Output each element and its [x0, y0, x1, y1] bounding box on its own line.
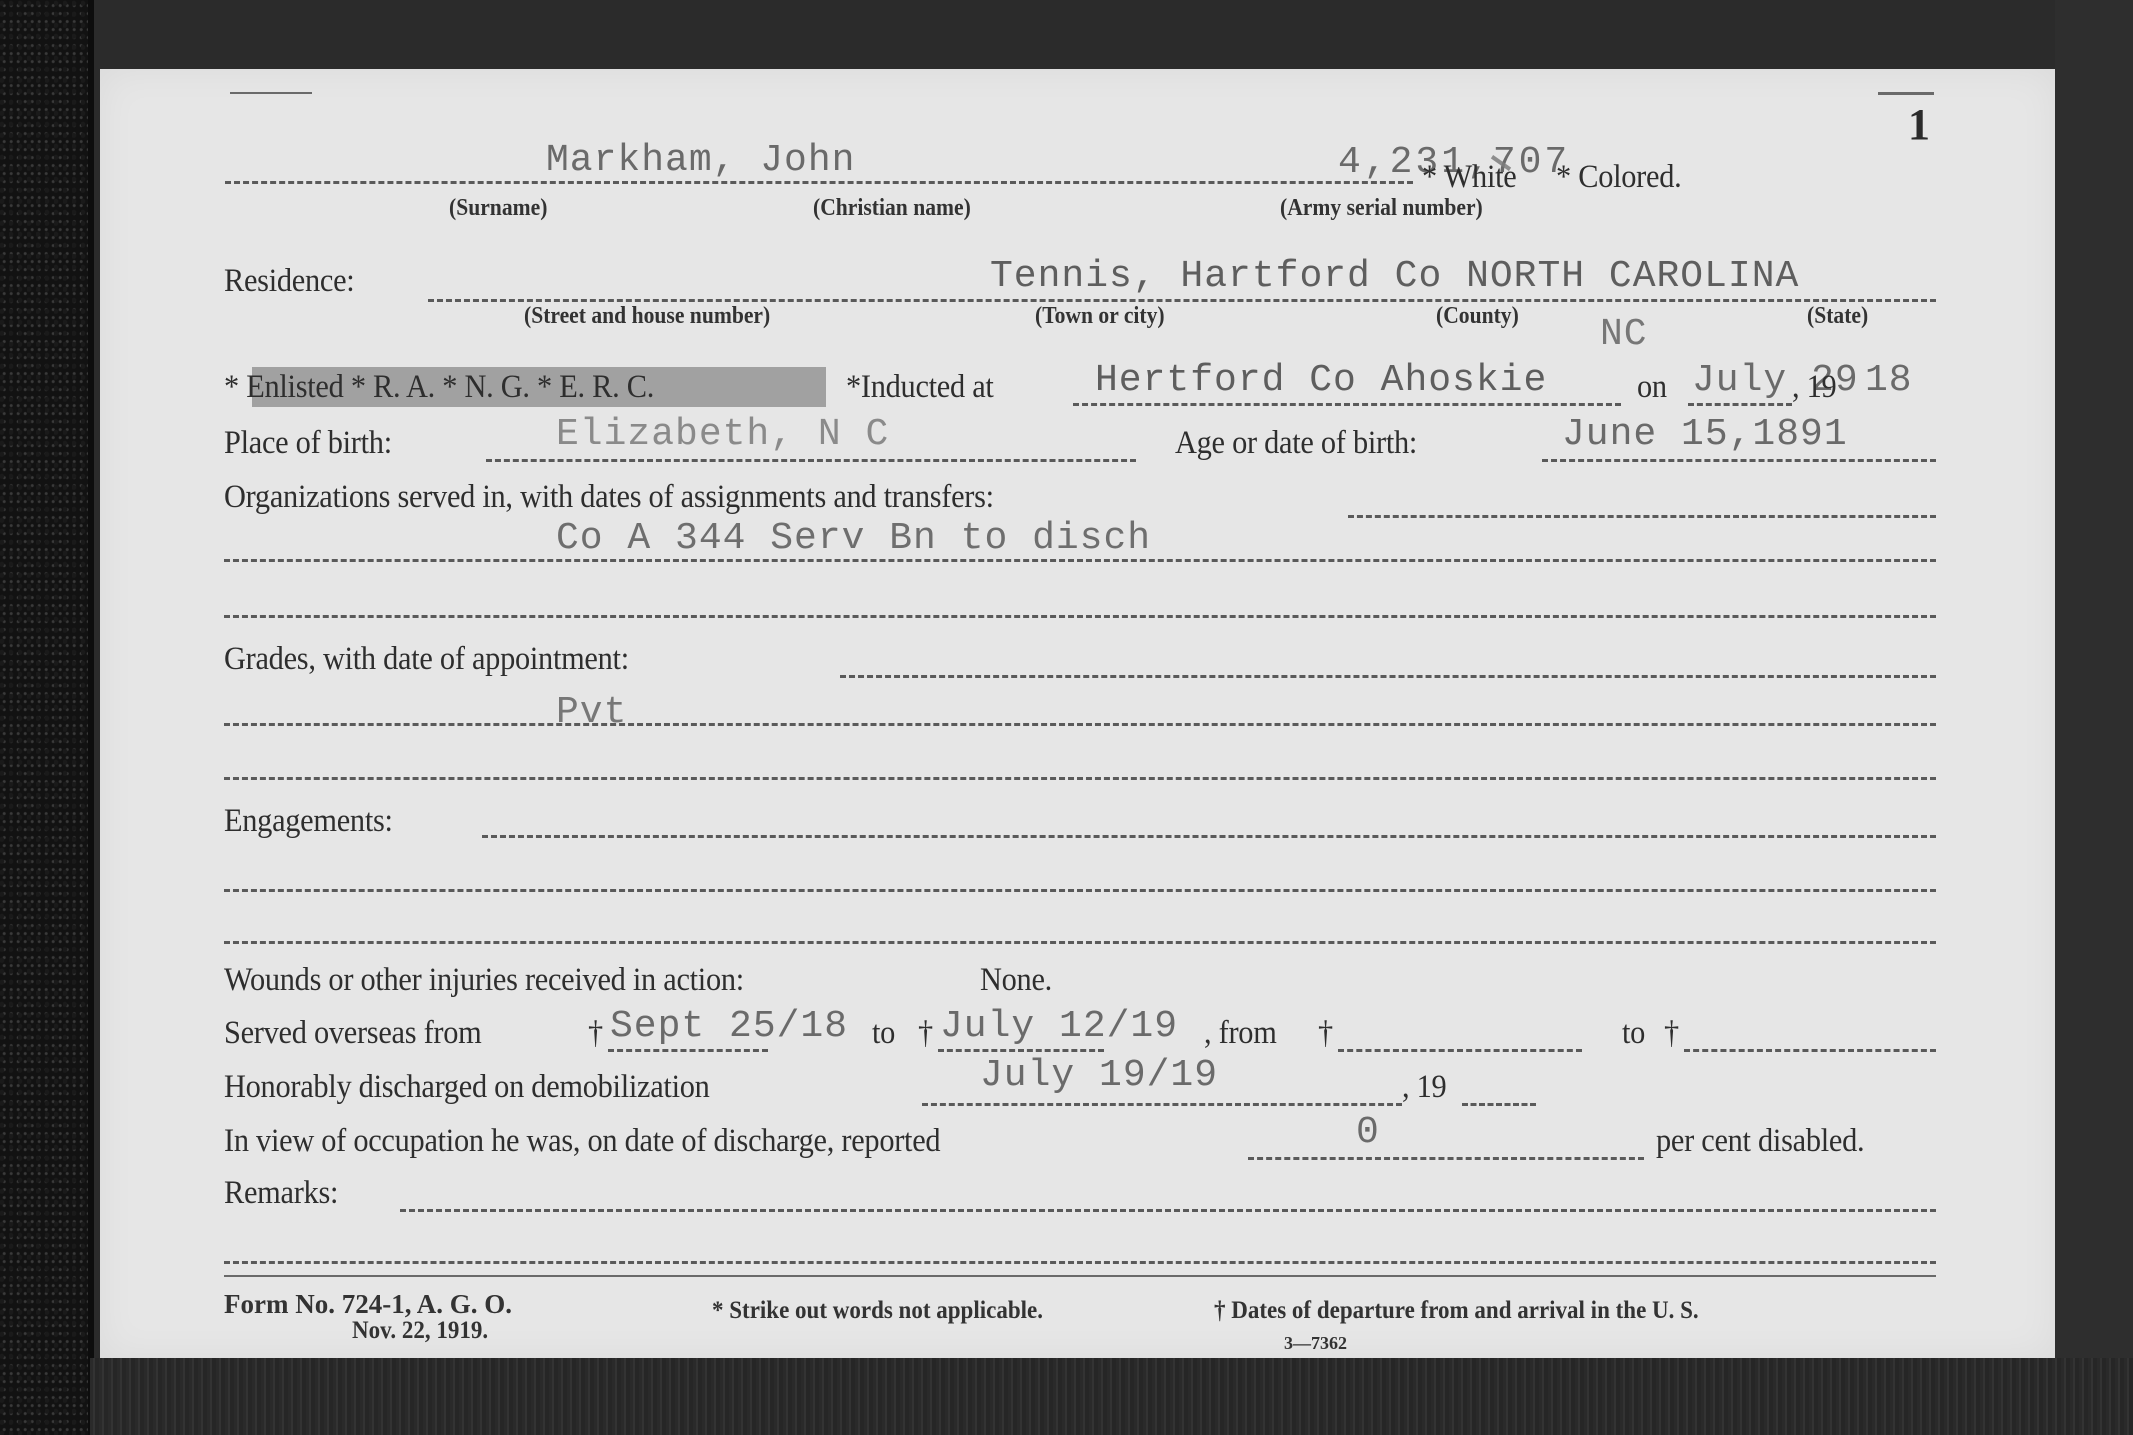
- name-line: [225, 181, 1413, 184]
- discharge-year-suffix: , 19: [1402, 1069, 1446, 1106]
- discharge-year-line: [1462, 1103, 1536, 1106]
- engagements-line-2: [224, 889, 1936, 892]
- town-label: (Town or city): [1035, 303, 1165, 330]
- organizations-line-1: [1348, 515, 1936, 518]
- typed-overseas-to: July 12/19: [940, 1005, 1178, 1048]
- dagger-mark-2: †: [918, 1015, 933, 1052]
- typed-grade: Pvt: [556, 691, 627, 734]
- overseas-from-line: [608, 1049, 768, 1052]
- typed-induction-year: 18: [1865, 359, 1913, 402]
- street-label: (Street and house number): [524, 303, 770, 330]
- inducted-at-label: *Inducted at: [846, 369, 994, 406]
- typed-inducted-at: Hertford Co Ahoskie: [1095, 359, 1547, 402]
- engagements-line-1: [482, 835, 1936, 838]
- remarks-line-2: [224, 1261, 1936, 1264]
- dagger-mark-1: †: [588, 1015, 603, 1052]
- race-option-colored: * Colored.: [1556, 159, 1681, 196]
- typed-residence: Tennis, Hartford Co NORTH CAROLINA: [990, 255, 1799, 298]
- enlistment-options-struck: * Enlisted * R. A. * N. G. * E. R. C.: [224, 369, 654, 406]
- overseas-to-line: [938, 1049, 1104, 1052]
- induction-date-line: [1688, 403, 1792, 406]
- service-record-card: 1 Markham, John 4,231,707 * White * Colo…: [100, 69, 2055, 1359]
- dagger-mark-3: †: [1318, 1015, 1333, 1052]
- typed-state-abbrev: NC: [1600, 313, 1648, 356]
- wounds-label: Wounds or other injuries received in act…: [224, 962, 744, 999]
- grades-line-2: [224, 723, 1936, 726]
- typed-overseas-from: Sept 25/18: [610, 1005, 848, 1048]
- wounds-value: None.: [980, 962, 1052, 999]
- form-date: Nov. 22, 1919.: [352, 1317, 488, 1345]
- state-label: (State): [1807, 303, 1868, 330]
- typed-disability-percent: 0: [1356, 1111, 1380, 1154]
- organizations-line-2: [224, 559, 1936, 562]
- overseas-to2-line: [1684, 1049, 1936, 1052]
- scan-background-right: [2055, 0, 2133, 1435]
- surname-label: (Surname): [449, 195, 547, 222]
- disability-label: In view of occupation he was, on date of…: [224, 1123, 940, 1160]
- date-of-birth-line: [1542, 459, 1936, 462]
- serial-number-label: (Army serial number): [1280, 195, 1483, 222]
- grades-label: Grades, with date of appointment:: [224, 641, 629, 678]
- scan-background-left: [0, 0, 90, 1435]
- top-left-rule: [230, 92, 312, 94]
- overseas-to-label: to: [872, 1015, 895, 1052]
- strike-out-note: * Strike out words not applicable.: [712, 1297, 1043, 1325]
- date-of-birth-label: Age or date of birth:: [1175, 425, 1417, 462]
- overseas-from2-line: [1338, 1049, 1582, 1052]
- footer-rule: [224, 1275, 1936, 1277]
- remarks-label: Remarks:: [224, 1175, 338, 1212]
- place-of-birth-label: Place of birth:: [224, 425, 392, 462]
- engagements-label: Engagements:: [224, 803, 393, 840]
- discharge-date-line: [922, 1103, 1402, 1106]
- residence-line: [428, 299, 1936, 302]
- typed-place-of-birth: Elizabeth, N C: [556, 413, 889, 456]
- dagger-note: † Dates of departure from and arrival in…: [1214, 1297, 1699, 1325]
- disability-percent-line: [1248, 1157, 1644, 1160]
- print-code: 3—7362: [1284, 1333, 1347, 1354]
- disability-suffix: per cent disabled.: [1656, 1123, 1864, 1160]
- inducted-at-line: [1073, 403, 1621, 406]
- typed-name: Markham, John: [546, 139, 855, 182]
- christian-name-label: (Christian name): [813, 195, 971, 222]
- grades-line-1: [840, 675, 1936, 678]
- typed-date-of-birth: June 15,1891: [1562, 413, 1848, 456]
- induction-year-prefix: , 19: [1792, 369, 1836, 406]
- on-label: on: [1637, 369, 1667, 406]
- typed-organizations: Co A 344 Serv Bn to disch: [556, 517, 1151, 560]
- organizations-label: Organizations served in, with dates of a…: [224, 479, 994, 516]
- top-right-rule: [1878, 92, 1934, 95]
- grades-line-3: [224, 777, 1936, 780]
- overseas-to2-label: to: [1622, 1015, 1645, 1052]
- place-of-birth-line: [486, 459, 1136, 462]
- organizations-line-3: [224, 615, 1936, 618]
- county-label: (County): [1436, 303, 1519, 330]
- overseas-from2-label: , from: [1204, 1015, 1277, 1052]
- typed-discharge-date: July 19/19: [980, 1054, 1218, 1097]
- page-number: 1: [1908, 99, 1930, 150]
- dagger-mark-4: †: [1664, 1015, 1679, 1052]
- served-overseas-label: Served overseas from: [224, 1015, 482, 1052]
- scan-edge: [88, 0, 94, 1435]
- form-number: Form No. 724-1, A. G. O.: [224, 1289, 512, 1320]
- discharge-label: Honorably discharged on demobilization: [224, 1069, 710, 1106]
- scan-background-bottom: [90, 1358, 2133, 1435]
- remarks-line-1: [400, 1209, 1936, 1212]
- residence-label: Residence:: [224, 263, 354, 300]
- engagements-line-3: [224, 941, 1936, 944]
